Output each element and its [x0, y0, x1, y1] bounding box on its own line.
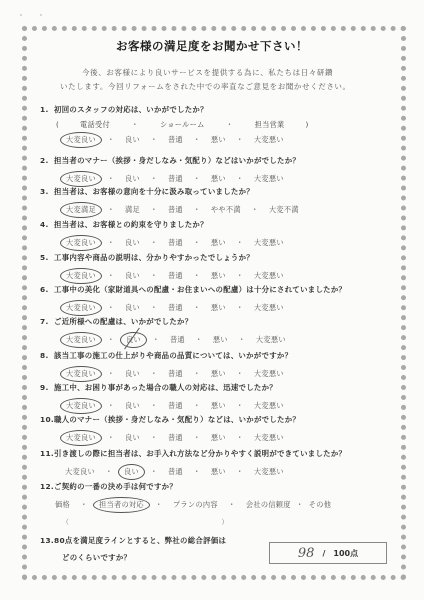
question-1: 1.初回のスタッフの対応は、いかがでしたか？ (電話受付・ショールーム・担当営業…	[40, 104, 400, 146]
question-text: 初回のスタッフの対応は、いかがでしたか？	[54, 105, 208, 114]
scan-speck	[40, 14, 42, 16]
question-number: 12.	[40, 482, 54, 491]
option[interactable]: 悪い	[208, 270, 229, 282]
option[interactable]: 大変悪い	[251, 432, 287, 444]
score-max: 100点	[333, 548, 358, 559]
page-title: お客様の満足度をお聞かせ下さい！	[0, 38, 424, 54]
question-8: 8.該当工事の施工の仕上がりや商品の品質については、いかがですか？ 大変良い・良…	[40, 350, 400, 380]
question-2: 2.担当者のマナー（挨拶・身だしなみ・気配り）などはいかがでしたか？ 大変良い・…	[40, 155, 400, 185]
rating-options: 大変満足・満足・普通・やや不満・大変不満	[40, 204, 400, 216]
option[interactable]: 満足	[122, 204, 143, 216]
question-text: 80点を満足度ラインとすると、弊社の総合評価は	[54, 536, 226, 545]
option[interactable]: 大変悪い	[251, 302, 287, 314]
option[interactable]: 良い	[122, 134, 143, 146]
option[interactable]: 大変悪い	[251, 368, 287, 380]
option-selected[interactable]: 大変良い	[60, 366, 102, 382]
question-12: 12.ご契約の一番の決め手は何ですか？ 価格・担当者の対応・プランの内容・会社の…	[40, 481, 400, 527]
question-text: 担当者は、お客様との約束を守りましたか？	[54, 220, 208, 229]
option-selected[interactable]: 大変良い	[60, 398, 102, 414]
option[interactable]: やや不満	[208, 204, 244, 216]
option[interactable]: 普通	[165, 302, 186, 314]
rating-options: 大変良い・良い・普通・悪い・大変悪い	[40, 173, 400, 185]
option[interactable]: 悪い	[208, 237, 229, 249]
question-5: 5.工事内容や商品の説明は、分かりやすかったでしょうか？ 大変良い・良い・普通・…	[40, 252, 400, 282]
option-other[interactable]: その他	[306, 499, 334, 511]
question-number: 13.	[40, 536, 54, 545]
question-text: 担当者のマナー（挨拶・身だしなみ・気配り）などはいかがでしたか？	[54, 156, 300, 165]
question-11: 11.引き渡しの際に担当者は、お手入れ方法など分かりやすく説明ができていましたか…	[40, 448, 400, 478]
option[interactable]: 普通	[165, 204, 186, 216]
option-price[interactable]: 価格	[52, 499, 73, 511]
score-separator: /	[322, 549, 325, 558]
question-number: 4.	[40, 220, 54, 229]
option-selected[interactable]: 担当者の対応	[93, 497, 150, 513]
intro-paragraph: 今後、お客様により良いサービスを提供する為に、私たちは日々研鑽 いたします。今回…	[60, 66, 390, 94]
decision-options: 価格・担当者の対応・プランの内容・会社の信頼度・その他	[40, 499, 400, 511]
question-number: 2.	[40, 156, 54, 165]
score-field[interactable]: 98 / 100点	[269, 542, 387, 564]
intro-line-2: いたします。今回リフォームをされた中での率直なご意見をお聞かせください。	[60, 82, 351, 91]
question-3: 3.担当者は、お客様の意向を十分に汲み取っていましたか？ 大変満足・満足・普通・…	[40, 186, 400, 216]
question-10: 10.職人のマナー（挨拶・身だしなみ・気配り）などは、いかがでしたか？ 大変良い…	[40, 414, 400, 444]
question-text: 引き渡しの際に担当者は、お手入れ方法など分かりやすく説明ができていましたか？	[54, 449, 346, 458]
question-text: 職人のマナー（挨拶・身だしなみ・気配り）などは、いかがでしたか？	[54, 415, 300, 424]
question-text: ご契約の一番の決め手は何ですか？	[54, 482, 177, 491]
option[interactable]: 良い	[122, 400, 143, 412]
option-selected[interactable]: 大変良い	[60, 300, 102, 316]
paren-open: （	[62, 517, 69, 527]
option[interactable]: 悪い	[208, 368, 229, 380]
question-number: 11.	[40, 449, 54, 458]
option[interactable]: 普通	[165, 432, 186, 444]
option-selected[interactable]: 大変良い	[60, 235, 102, 251]
question-number: 5.	[40, 253, 54, 262]
question-text: 担当者は、お客様の意向を十分に汲み取っていましたか？	[54, 187, 254, 196]
question-6: 6.工事中の美化（家財道具への配慮・お住まいへの配慮）は十分にされていましたか？…	[40, 284, 400, 314]
question-4: 4.担当者は、お客様との約束を守りましたか？ 大変良い・良い・普通・悪い・大変悪…	[40, 219, 400, 249]
option[interactable]: 普通	[167, 334, 188, 346]
option[interactable]: 大変悪い	[251, 400, 287, 412]
question-number: 9.	[40, 383, 54, 392]
option[interactable]: 悪い	[208, 432, 229, 444]
option[interactable]: 良い	[122, 432, 143, 444]
option-selected[interactable]: 良い	[118, 464, 145, 480]
question-7: 7.ご近所様への配慮は、いかがでしたか？ 大変良い・良い・普通・悪い・大変悪い	[40, 316, 400, 346]
rating-options: 大変良い・良い・普通・悪い・大変悪い	[40, 237, 400, 249]
question-text: 工事中の美化（家財道具への配慮・お住まいへの配慮）は十分にされていましたか？	[54, 285, 346, 294]
rating-options: 大変良い・良い・普通・悪い・大変悪い	[40, 466, 400, 478]
option-plan[interactable]: プランの内容	[170, 499, 221, 511]
option[interactable]: 良い	[122, 368, 143, 380]
option[interactable]: 大変悪い	[251, 270, 287, 282]
option[interactable]: 良い	[122, 237, 143, 249]
option[interactable]: 大変悪い	[251, 237, 287, 249]
option[interactable]: 悪い	[208, 400, 229, 412]
option[interactable]: 大変悪い	[251, 134, 287, 146]
option[interactable]: 大変良い	[62, 466, 98, 478]
score-value: 98	[298, 546, 315, 561]
option-selected[interactable]: 大変良い	[60, 132, 102, 148]
question-number: 10.	[40, 415, 54, 424]
question-number: 3.	[40, 187, 54, 196]
option[interactable]: 良い	[122, 270, 143, 282]
option-selected[interactable]: 大変満足	[60, 202, 102, 218]
question-text: 工事内容や商品の説明は、分かりやすかったでしょうか？	[54, 253, 254, 262]
option-selected[interactable]: 大変良い	[60, 332, 102, 348]
staff-options: (電話受付・ショールーム・担当営業)	[40, 120, 400, 130]
option[interactable]: 普通	[165, 400, 186, 412]
option[interactable]: 大変悪い	[251, 173, 287, 185]
question-number: 1.	[40, 105, 54, 114]
option[interactable]: 普通	[165, 237, 186, 249]
option[interactable]: 普通	[165, 173, 186, 185]
option[interactable]: 大変悪い	[251, 466, 287, 478]
option[interactable]: 良い	[122, 173, 143, 185]
rating-options: 大変良い・良い・普通・悪い・大変悪い	[40, 302, 400, 314]
question-text: 該当工事の施工の仕上がりや商品の品質については、いかがですか？	[54, 351, 292, 360]
rating-options: 大変良い・良い・普通・悪い・大変悪い	[40, 134, 400, 146]
option[interactable]: 悪い	[210, 334, 231, 346]
question-9: 9.施工中、お困り事があった場合の職人の対応は、迅速でしたか？ 大変良い・良い・…	[40, 382, 400, 412]
rating-options: 大変良い・良い・普通・悪い・大変悪い	[40, 432, 400, 444]
option[interactable]: 大変悪い	[253, 334, 289, 346]
option[interactable]: 普通	[165, 270, 186, 282]
question-number: 7.	[40, 317, 54, 326]
question-text: ご近所様への配慮は、いかがでしたか？	[54, 317, 192, 326]
rating-options: 大変良い・良い・普通・悪い・大変悪い	[40, 368, 400, 380]
staff-option-sales[interactable]: 担当営業	[255, 120, 285, 130]
option-selected[interactable]: 大変良い	[60, 430, 102, 446]
option[interactable]: 普通	[165, 134, 186, 146]
question-number: 8.	[40, 351, 54, 360]
option-selected[interactable]: 大変良い	[60, 171, 102, 187]
rating-options: 大変良い・良い・普通・悪い・大変悪い	[40, 270, 400, 282]
other-answer-field[interactable]: （）	[40, 517, 400, 527]
staff-option-showroom[interactable]: ショールーム	[160, 120, 205, 130]
option[interactable]: 悪い	[208, 466, 229, 478]
staff-option-phone[interactable]: 電話受付	[80, 120, 110, 130]
option[interactable]: 悪い	[208, 134, 229, 146]
paren-close: ）	[221, 517, 228, 527]
scan-speck	[20, 14, 22, 16]
option-trust[interactable]: 会社の信頼度	[243, 499, 294, 511]
question-text: 施工中、お困り事があった場合の職人の対応は、迅速でしたか？	[54, 383, 277, 392]
intro-line-1: 今後、お客様により良いサービスを提供する為に、私たちは日々研鑽	[60, 66, 390, 80]
option[interactable]: 普通	[165, 368, 186, 380]
rating-options: 大変良い・良い・普通・悪い・大変悪い	[40, 334, 400, 346]
option[interactable]: 悪い	[208, 302, 229, 314]
option[interactable]: 普通	[165, 466, 186, 478]
option[interactable]: 悪い	[208, 173, 229, 185]
option[interactable]: 大変不満	[266, 204, 302, 216]
option-selected[interactable]: 大変良い	[60, 268, 102, 284]
option-crossed-out[interactable]: 良い	[120, 332, 147, 348]
question-number: 6.	[40, 285, 54, 294]
option[interactable]: 良い	[122, 302, 143, 314]
rating-options: 大変良い・良い・普通・悪い・大変悪い	[40, 400, 400, 412]
